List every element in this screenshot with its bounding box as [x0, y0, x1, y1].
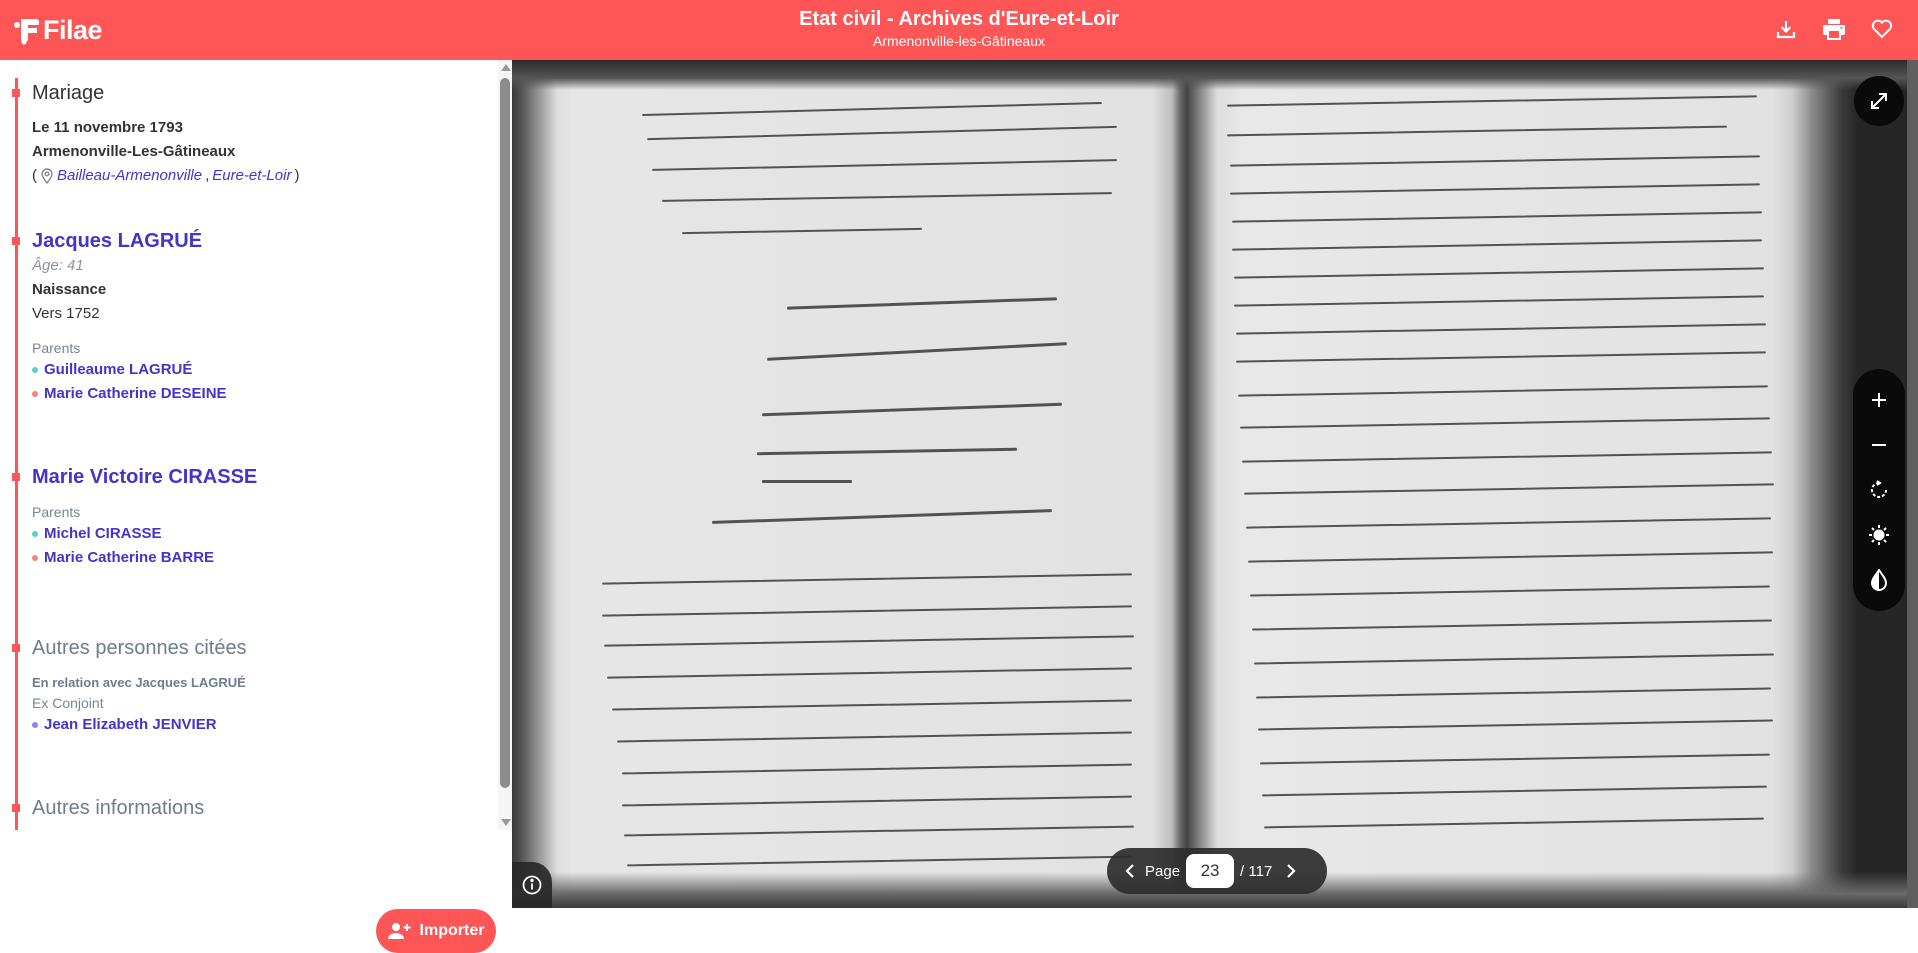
mother-dot	[32, 391, 38, 397]
info-icon	[522, 875, 542, 895]
page-label: Page	[1145, 863, 1180, 880]
expand-icon	[1868, 90, 1890, 112]
relation-label: En relation avec Jacques LAGRUÉ	[32, 673, 492, 693]
father-name: Michel CIRASSE	[44, 522, 162, 546]
scrollbar-thumb[interactable]	[500, 78, 510, 788]
father-dot	[32, 531, 38, 537]
scroll-down-arrow[interactable]	[501, 819, 511, 826]
birth-value: Vers 1752	[32, 302, 492, 326]
mother-name: Marie Catherine BARRE	[44, 546, 214, 570]
person-dot	[32, 722, 38, 728]
location-department-link[interactable]: Eure-et-Loir	[212, 164, 291, 188]
birth-label: Naissance	[32, 278, 492, 302]
event-location: ( Bailleau-Armenonville, Eure-et-Loir )	[32, 164, 492, 188]
bride-section: Marie Victoire CIRASSE Parents Michel CI…	[32, 464, 492, 570]
top-header: Filae Etat civil - Archives d'Eure-et-Lo…	[0, 0, 1918, 60]
heart-icon	[1871, 19, 1893, 39]
relation-role: Ex Conjoint	[32, 693, 492, 713]
doc-top-shadow	[512, 60, 1907, 90]
groom-section: Jacques LAGRUÉ Âge: 41 Naissance Vers 17…	[32, 228, 492, 406]
location-town-link[interactable]: Bailleau-Armenonville	[57, 164, 202, 188]
rotate-button[interactable]	[1859, 470, 1899, 510]
prev-page-button[interactable]	[1117, 856, 1143, 886]
brightness-button[interactable]	[1859, 515, 1899, 555]
header-actions	[1772, 14, 1896, 44]
timeline-marker	[12, 644, 20, 652]
zoom-out-button[interactable]	[1859, 425, 1899, 465]
mother-link[interactable]: Marie Catherine DESEINE	[32, 382, 492, 406]
event-section: Mariage Le 11 novembre 1793 Armenonville…	[32, 80, 492, 188]
sidebar-scroll-area: Mariage Le 11 novembre 1793 Armenonville…	[0, 60, 498, 830]
favorite-button[interactable]	[1868, 14, 1896, 44]
download-button[interactable]	[1772, 14, 1800, 44]
page-number-input[interactable]	[1186, 854, 1234, 888]
other-person-link[interactable]: Jean Elizabeth JENVIER	[32, 713, 492, 737]
other-person-name: Jean Elizabeth JENVIER	[44, 713, 217, 737]
other-persons-section: Autres personnes citées En relation avec…	[32, 635, 492, 737]
timeline-marker	[12, 804, 20, 812]
info-button[interactable]	[512, 862, 552, 908]
image-toolbar	[1853, 369, 1905, 611]
fullscreen-button[interactable]	[1854, 76, 1904, 126]
father-link[interactable]: Guilleaume LAGRUÉ	[32, 358, 492, 382]
contrast-icon	[1870, 569, 1888, 591]
paren-open: (	[32, 164, 37, 188]
page-subtitle: Armenonville-les-Gâtineaux	[0, 32, 1918, 50]
parents-label: Parents	[32, 502, 492, 522]
next-page-button[interactable]	[1278, 856, 1304, 886]
bride-name[interactable]: Marie Victoire CIRASSE	[32, 464, 492, 490]
zoom-out-icon	[1870, 436, 1888, 454]
print-icon	[1822, 18, 1846, 40]
groom-age: Âge: 41	[32, 254, 492, 278]
timeline-marker	[12, 89, 20, 97]
other-persons-title: Autres personnes citées	[32, 635, 492, 661]
chevron-right-icon	[1286, 863, 1296, 879]
document-viewer[interactable]: Page / 117	[512, 60, 1918, 908]
timeline-marker	[12, 473, 20, 481]
pagination: Page / 117	[1107, 848, 1327, 894]
more-info-title[interactable]: Autres informations	[32, 795, 492, 821]
sidebar-scrollbar[interactable]	[498, 60, 512, 830]
timeline-line	[15, 78, 18, 830]
contrast-button[interactable]	[1859, 560, 1899, 600]
viewer-edge	[1907, 60, 1918, 908]
print-button[interactable]	[1820, 14, 1848, 44]
groom-name[interactable]: Jacques LAGRUÉ	[32, 228, 492, 254]
chevron-left-icon	[1125, 863, 1135, 879]
timeline-marker	[12, 237, 20, 245]
brightness-icon	[1868, 524, 1890, 546]
download-icon	[1776, 19, 1796, 39]
event-date: Le 11 novembre 1793	[32, 116, 492, 140]
title-block: Etat civil - Archives d'Eure-et-Loir Arm…	[0, 6, 1918, 50]
rotate-icon	[1869, 480, 1889, 500]
mother-dot	[32, 555, 38, 561]
parents-label: Parents	[32, 338, 492, 358]
page-total: / 117	[1240, 863, 1272, 880]
event-title: Mariage	[32, 80, 492, 106]
location-separator: ,	[205, 164, 209, 188]
mother-name: Marie Catherine DESEINE	[44, 382, 227, 406]
zoom-in-icon	[1870, 391, 1888, 409]
scroll-up-arrow[interactable]	[501, 64, 511, 71]
paren-close: )	[294, 164, 299, 188]
record-sidebar: Mariage Le 11 novembre 1793 Armenonville…	[0, 60, 512, 908]
zoom-in-button[interactable]	[1859, 380, 1899, 420]
father-name: Guilleaume LAGRUÉ	[44, 358, 192, 382]
event-place: Armenonville-Les-Gâtineaux	[32, 140, 492, 164]
page-title: Etat civil - Archives d'Eure-et-Loir	[0, 6, 1918, 32]
scanned-register-image[interactable]	[512, 60, 1907, 908]
father-dot	[32, 367, 38, 373]
map-pin-icon	[40, 168, 54, 184]
more-info-section: Autres informations	[32, 795, 492, 821]
mother-link[interactable]: Marie Catherine BARRE	[32, 546, 492, 570]
father-link[interactable]: Michel CIRASSE	[32, 522, 492, 546]
